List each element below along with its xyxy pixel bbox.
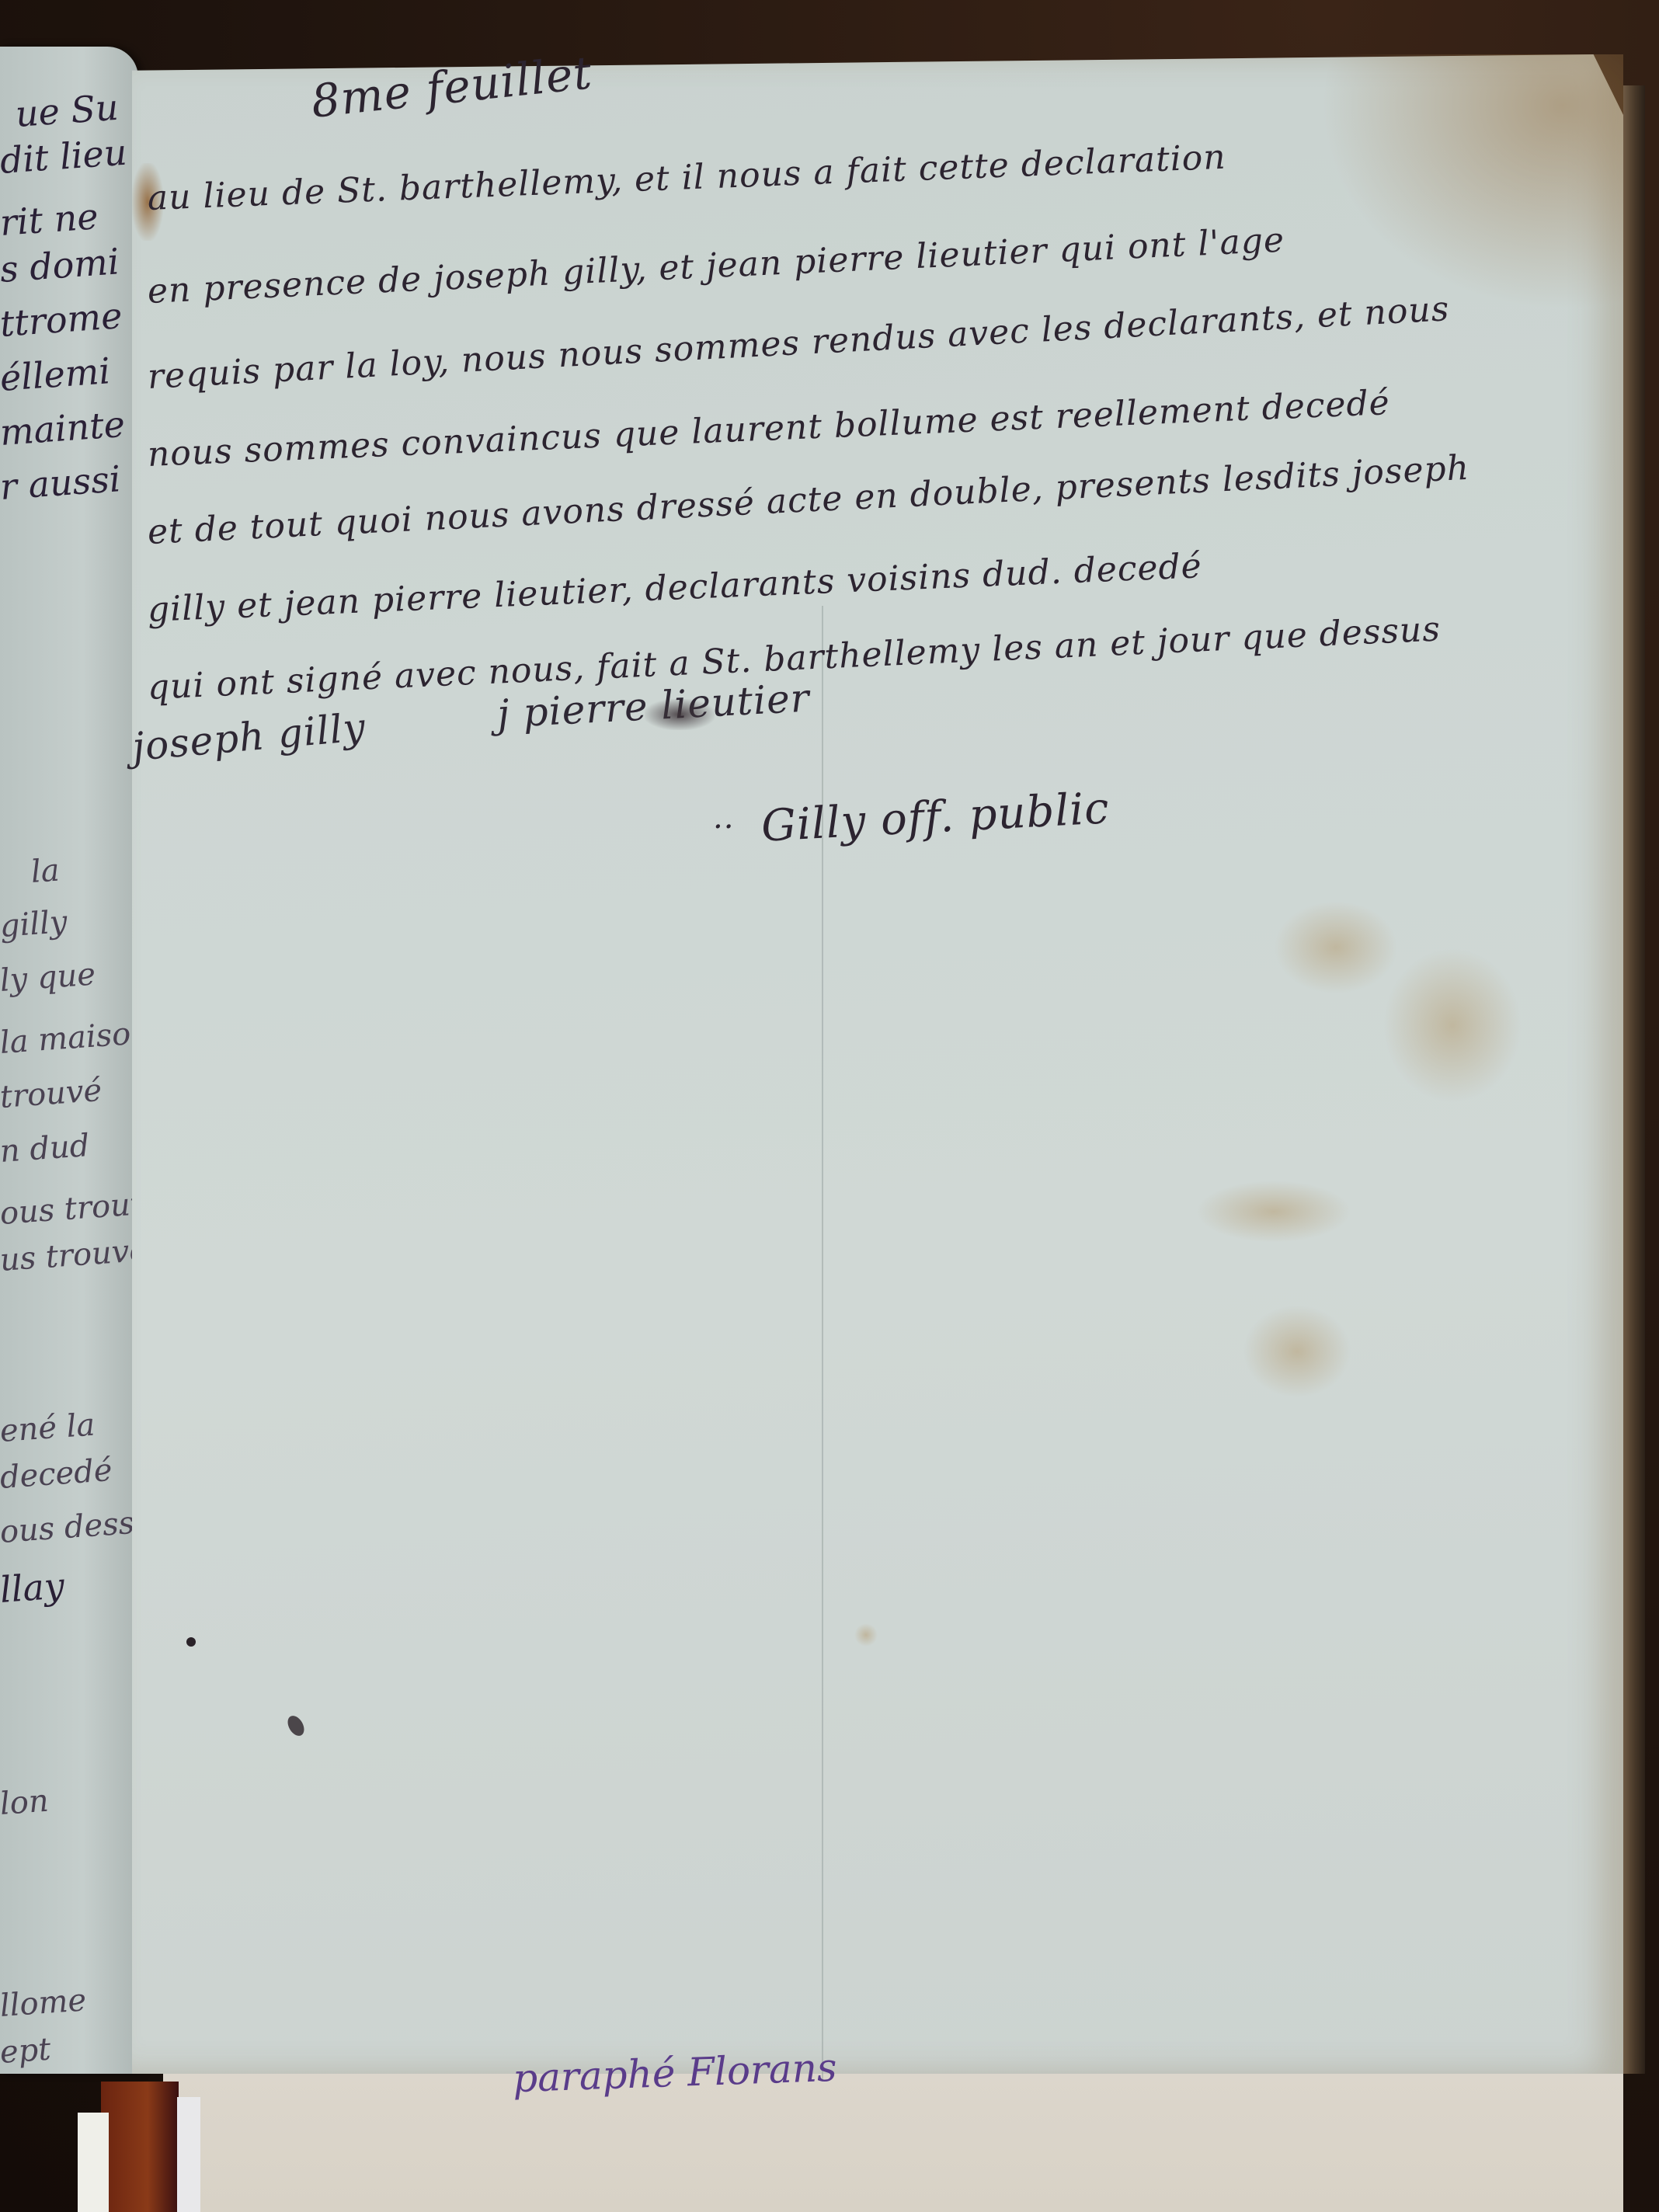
left-fragment: lon xyxy=(0,1783,50,1822)
top-corner-stain xyxy=(1320,54,1623,311)
left-fragment: éllemi xyxy=(0,350,112,399)
red-binding-strip xyxy=(101,2082,179,2212)
page-edge-right xyxy=(1623,85,1645,2074)
left-fragment: llay xyxy=(0,1564,66,1611)
left-fragment: us trouvé xyxy=(0,1233,138,1278)
foxing-stain xyxy=(1196,1181,1351,1243)
left-fragment: trouvé xyxy=(0,1073,103,1115)
left-fragment: la xyxy=(30,853,61,890)
left-fragment: s domi xyxy=(0,240,120,290)
foxing-stain xyxy=(1274,901,1398,994)
foxing-stain xyxy=(854,1623,878,1647)
left-facing-page: ue Su dit lieu rit ne s domi ttrome élle… xyxy=(0,47,138,2074)
left-fragment: llome xyxy=(0,1982,88,2024)
left-fragment: mainte xyxy=(0,403,127,454)
ink-blot xyxy=(645,699,715,730)
left-fragment: rit ne xyxy=(0,195,99,244)
ink-spot xyxy=(186,1637,196,1647)
left-fragment: gilly xyxy=(0,904,68,944)
left-fragment: la maison xyxy=(0,1015,138,1061)
left-fragment: ous dessus xyxy=(0,1503,138,1550)
left-fragment: dit lieu xyxy=(0,131,128,182)
left-fragment: ené la xyxy=(0,1407,96,1449)
foxing-stain xyxy=(1243,1305,1351,1398)
left-fragment: ttrome xyxy=(0,294,123,345)
left-fragment: ous trouvé xyxy=(0,1184,138,1232)
foxing-stain xyxy=(1382,948,1522,1103)
left-fragment: r aussi xyxy=(0,457,122,508)
underlying-page-edges xyxy=(163,2066,1623,2212)
left-fragment: ue Su xyxy=(14,86,120,135)
left-fragment: n dud xyxy=(0,1128,91,1170)
white-binding-strip xyxy=(78,2113,109,2212)
left-fragment: ept xyxy=(0,2031,52,2070)
left-fragment: ly que xyxy=(0,956,96,998)
official-marks: .. xyxy=(713,800,734,836)
left-fragment: decedé xyxy=(0,1452,113,1496)
white-binding-strip-2 xyxy=(177,2097,200,2212)
